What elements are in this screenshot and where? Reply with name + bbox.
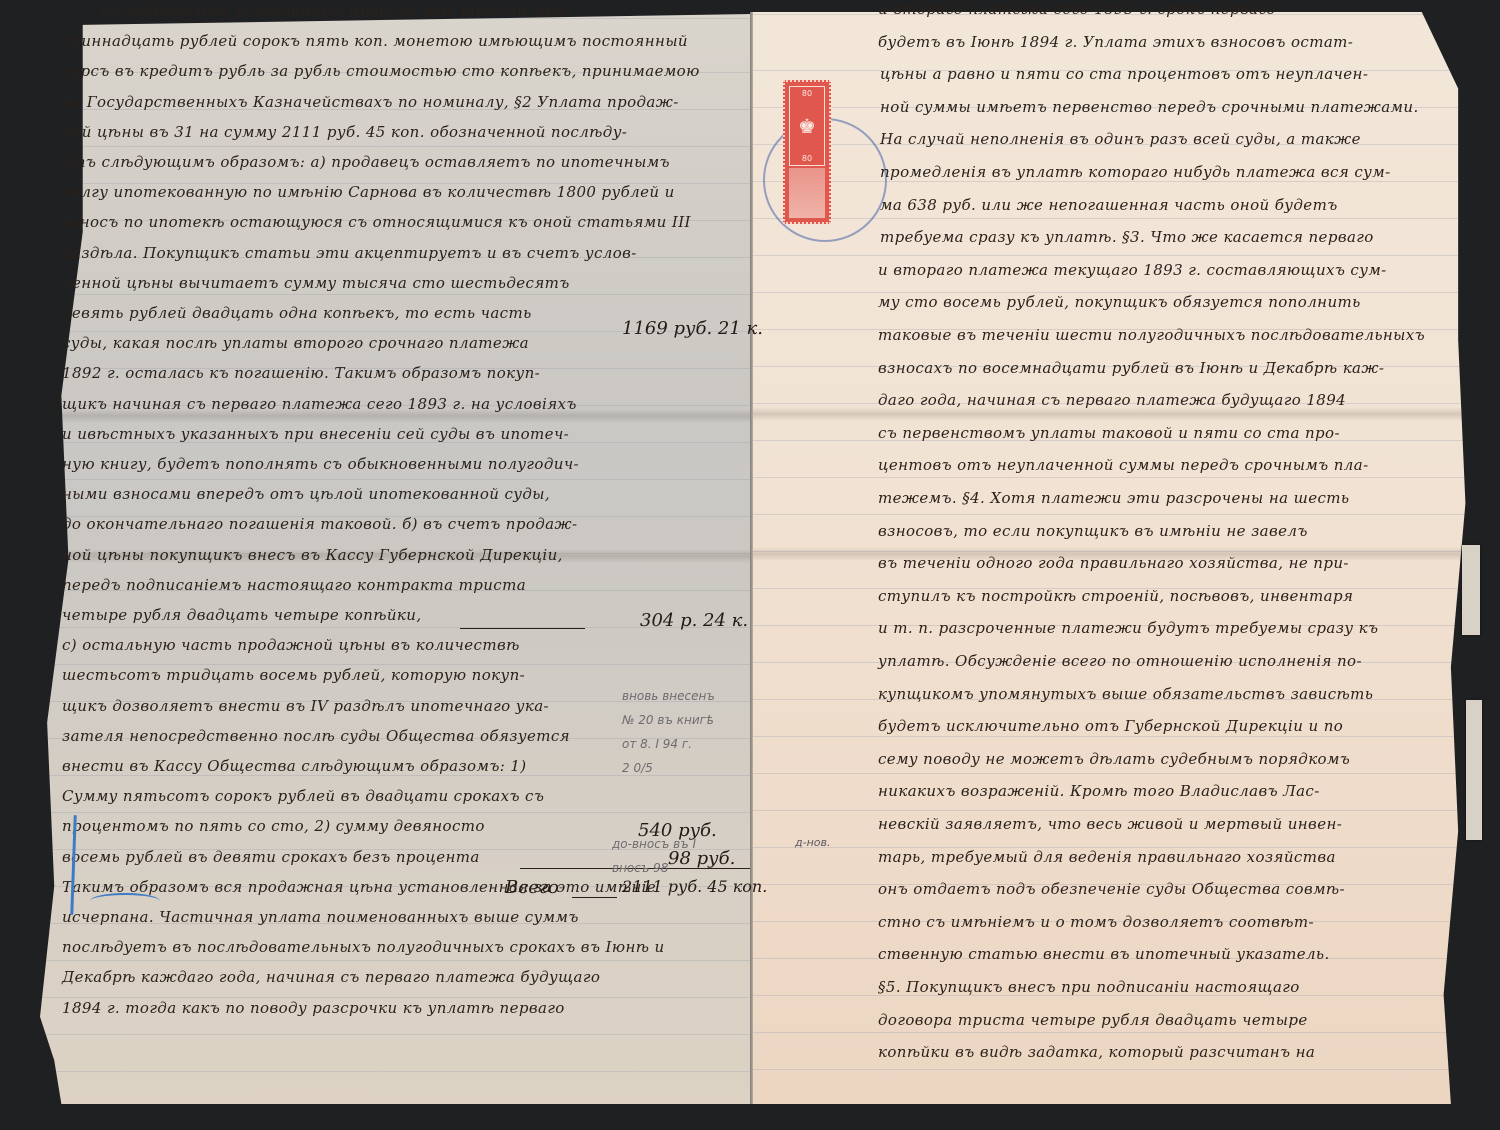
- text-line: §5. Покупщикъ внесъ при подписаніи насто…: [878, 978, 1300, 996]
- text-line: ной суммы имѣетъ первенство передъ срочн…: [880, 98, 1419, 116]
- text-line: взносовъ, то если покупщикъ въ имѣніи не…: [878, 522, 1308, 540]
- text-line: тарь, требуемый для веденія правильнаго …: [878, 848, 1336, 866]
- text-line: взносахъ по восемнадцати рублей въ Іюнѣ …: [878, 359, 1384, 377]
- text-line: таковые въ теченіи шести полугодичныхъ п…: [878, 326, 1425, 344]
- text-line: будетъ въ Іюнѣ 1894 г. Уплата этихъ взно…: [878, 33, 1353, 51]
- text-line: ственную статью внести въ ипотечный указ…: [878, 945, 1330, 963]
- text-line: копѣйки въ видѣ задатка, который разсчит…: [878, 1043, 1315, 1061]
- text-line: даго года, начиная съ перваго платежа бу…: [878, 391, 1346, 409]
- text-line: ма 638 руб. или же непогашенная часть он…: [880, 196, 1338, 214]
- text-line: уплатѣ. Обсужденіе всего по отношенію ис…: [878, 652, 1362, 670]
- text-line: стно съ имѣніемъ и о томъ дозволяетъ соо…: [878, 913, 1314, 931]
- text-line: невскій заявляетъ, что весь живой и мерт…: [878, 815, 1342, 833]
- text-line: требуема сразу къ уплатѣ. §3. Что же кас…: [880, 228, 1374, 246]
- text-line: въ теченіи одного года правильнаго хозяй…: [878, 554, 1349, 572]
- text-line: тежемъ. §4. Хотя платежи эти разсрочены …: [878, 489, 1350, 507]
- text-line: На случай неполненія въ одинъ разъ всей …: [880, 130, 1361, 148]
- text-line: и втораго платежа сего 1893 г. срокъ пер…: [878, 0, 1276, 18]
- text-line: и т. п. разсроченные платежи будутъ треб…: [878, 619, 1378, 637]
- text-line: договора триста четыре рубля двадцать че…: [878, 1011, 1308, 1029]
- text-line: купщикомъ упомянутыхъ выше обязательствъ…: [878, 685, 1373, 703]
- text-line: промедленія въ уплатѣ котораго нибудь пл…: [880, 163, 1391, 181]
- text-line: съ первенствомъ уплаты таковой и пяти со…: [878, 424, 1340, 442]
- text-line: онъ отдаетъ подъ обезпеченіе суды Общест…: [878, 880, 1345, 898]
- margin-note: д-нов.: [795, 836, 830, 849]
- right-page-text: и втораго платежа сего 1893 г. срокъ пер…: [0, 0, 1500, 1130]
- text-line: цѣны а равно и пяти со ста процентовъ от…: [880, 65, 1368, 83]
- text-line: будетъ исключительно отъ Губернской Дире…: [878, 717, 1343, 735]
- text-line: му сто восемь рублей, покупщикъ обязуетс…: [878, 293, 1361, 311]
- text-line: центовъ отъ неуплаченной суммы передъ ср…: [878, 456, 1369, 474]
- text-line: и втораго платежа текущаго 1893 г. соста…: [878, 261, 1387, 279]
- text-line: ступилъ къ постройкѣ строеній, посѣвовъ,…: [878, 587, 1353, 605]
- text-line: никакихъ возраженій. Кромѣ того Владисла…: [878, 782, 1320, 800]
- text-line: сему поводу не можетъ дѣлать судебнымъ п…: [878, 750, 1350, 768]
